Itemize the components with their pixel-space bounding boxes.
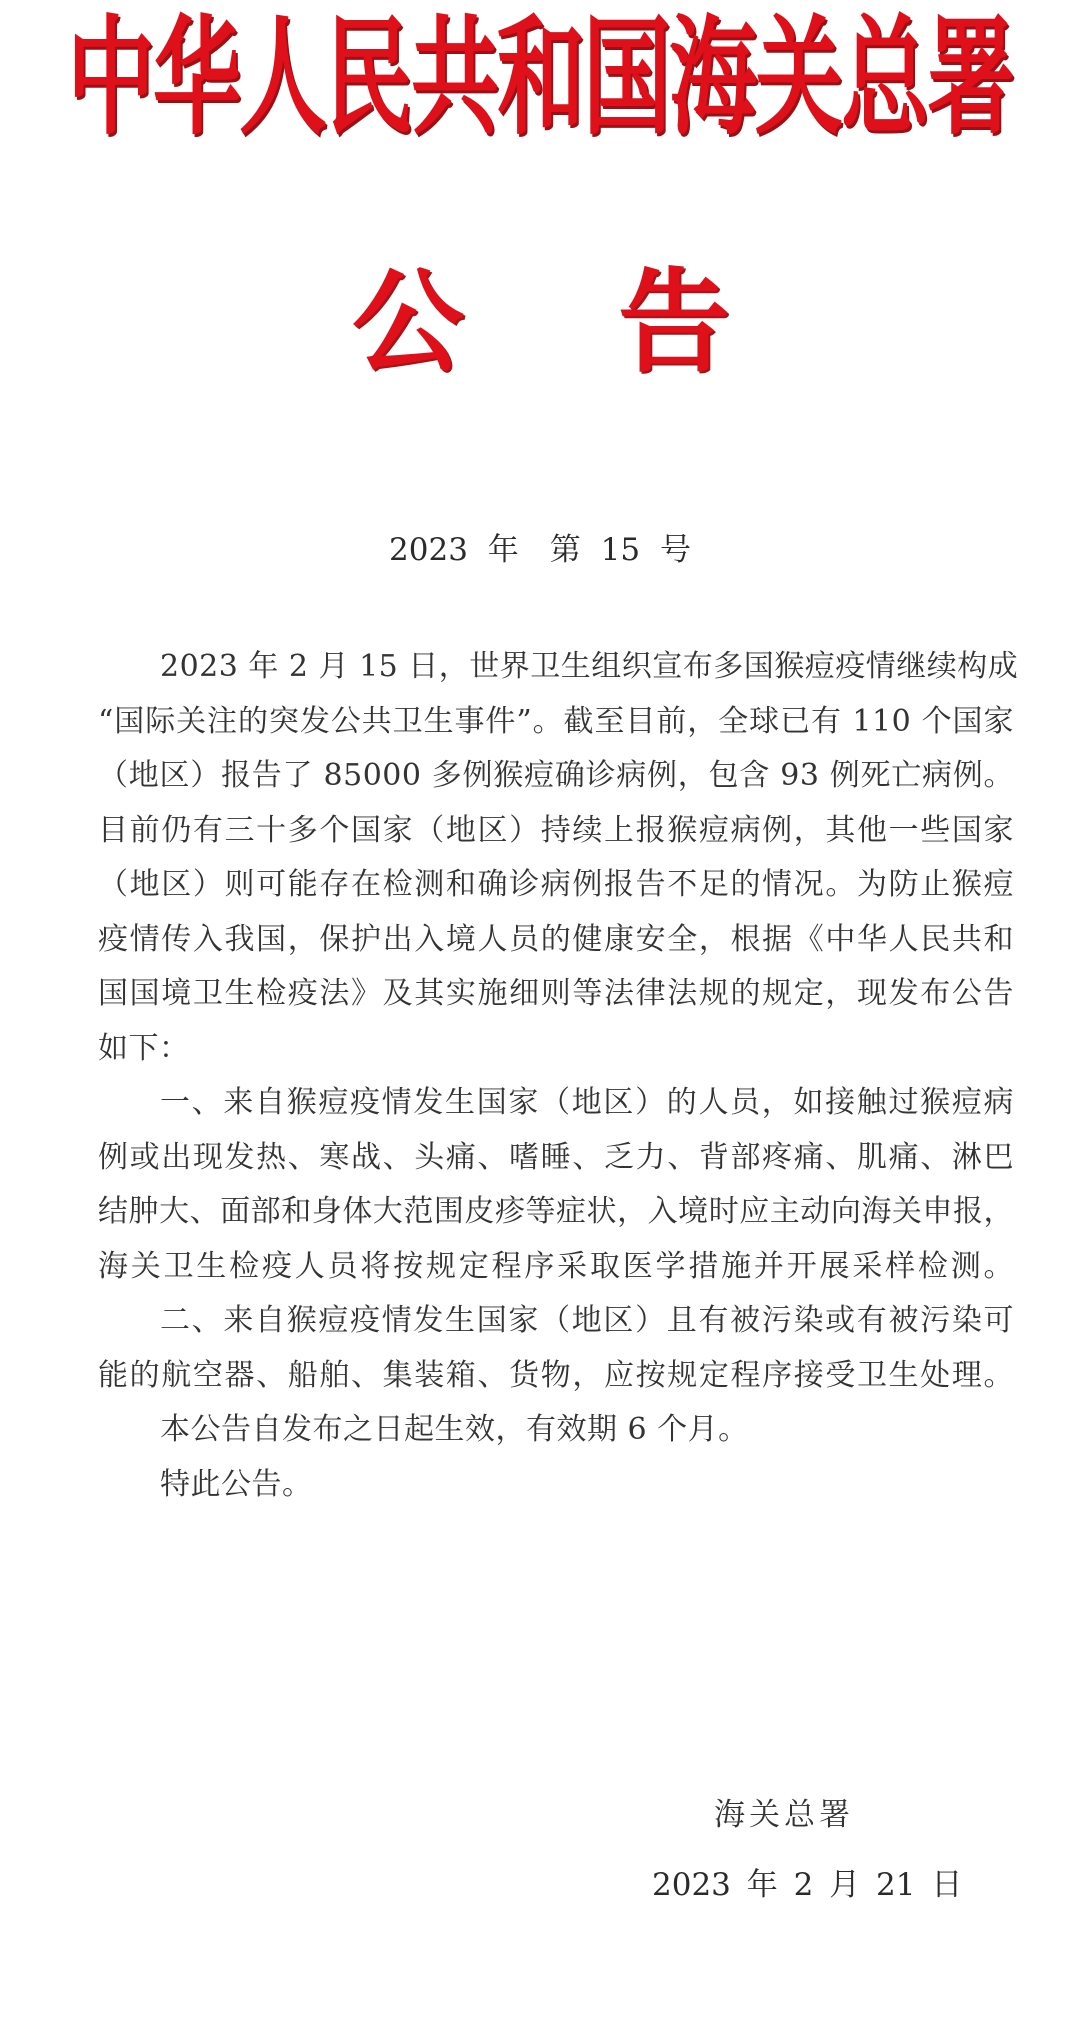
document-type-heading: 公 告 <box>0 258 1080 388</box>
doc-type-char-2: 告 <box>618 258 730 388</box>
issuer-masthead: 中华人民共和国海关总署 <box>0 8 1080 148</box>
doc-type-char-1: 公 <box>352 258 464 388</box>
clause-one-line: 一、来自猴痘疫情发生国家（地区）的人员，如接触过猴痘病 <box>98 1076 1014 1131</box>
body-line: 目前仍有三十多个国家（地区）持续上报猴痘病例，其他一些国家 <box>98 804 1014 859</box>
announcement-body: 2023 年 2 月 15 日，世界卫生组织宣布多国猴痘疫情继续构成 “国际关注… <box>98 640 1014 1512</box>
clause-two-line: 二、来自猴痘疫情发生国家（地区）且有被污染或有被污染可 <box>98 1294 1014 1349</box>
body-line: （地区）则可能存在检测和确诊病例报告不足的情况。为防止猴痘 <box>98 858 1014 913</box>
body-line: 国国境卫生检疫法》及其实施细则等法律法规的规定，现发布公告 <box>98 967 1014 1022</box>
signing-date: 2023 年 2 月 21 日 <box>652 1858 962 1912</box>
body-line: 疫情传入我国，保护出入境人员的健康安全，根据《中华人民共和 <box>98 913 1014 968</box>
body-line: 如下： <box>98 1022 1014 1077</box>
clause-one-line: 海关卫生检疫人员将按规定程序采取医学措施并开展采样检测。 <box>98 1240 1014 1295</box>
validity-statement: 本公告自发布之日起生效，有效期 6 个月。 <box>98 1403 1014 1458</box>
closing-statement: 特此公告。 <box>98 1458 1014 1513</box>
clause-one-line: 例或出现发热、寒战、头痛、嗜睡、乏力、背部疼痛、肌痛、淋巴 <box>98 1131 1014 1186</box>
body-line: 2023 年 2 月 15 日，世界卫生组织宣布多国猴痘疫情继续构成 <box>98 640 1014 695</box>
signing-organization: 海关总署 <box>714 1788 854 1842</box>
body-line: “国际关注的突发公共卫生事件”。截至目前，全球已有 110 个国家 <box>98 695 1014 750</box>
body-line: （地区）报告了 85000 多例猴痘确诊病例，包含 93 例死亡病例。 <box>98 749 1014 804</box>
issuer-title: 中华人民共和国海关总署 <box>67 0 1013 180</box>
clause-two-line: 能的航空器、船舶、集装箱、货物，应按规定程序接受卫生处理。 <box>98 1349 1014 1404</box>
document-number: 2023 年 第 15 号 <box>0 528 1080 572</box>
clause-one-line: 结肿大、面部和身体大范围皮疹等症状，入境时应主动向海关申报， <box>98 1185 1014 1240</box>
